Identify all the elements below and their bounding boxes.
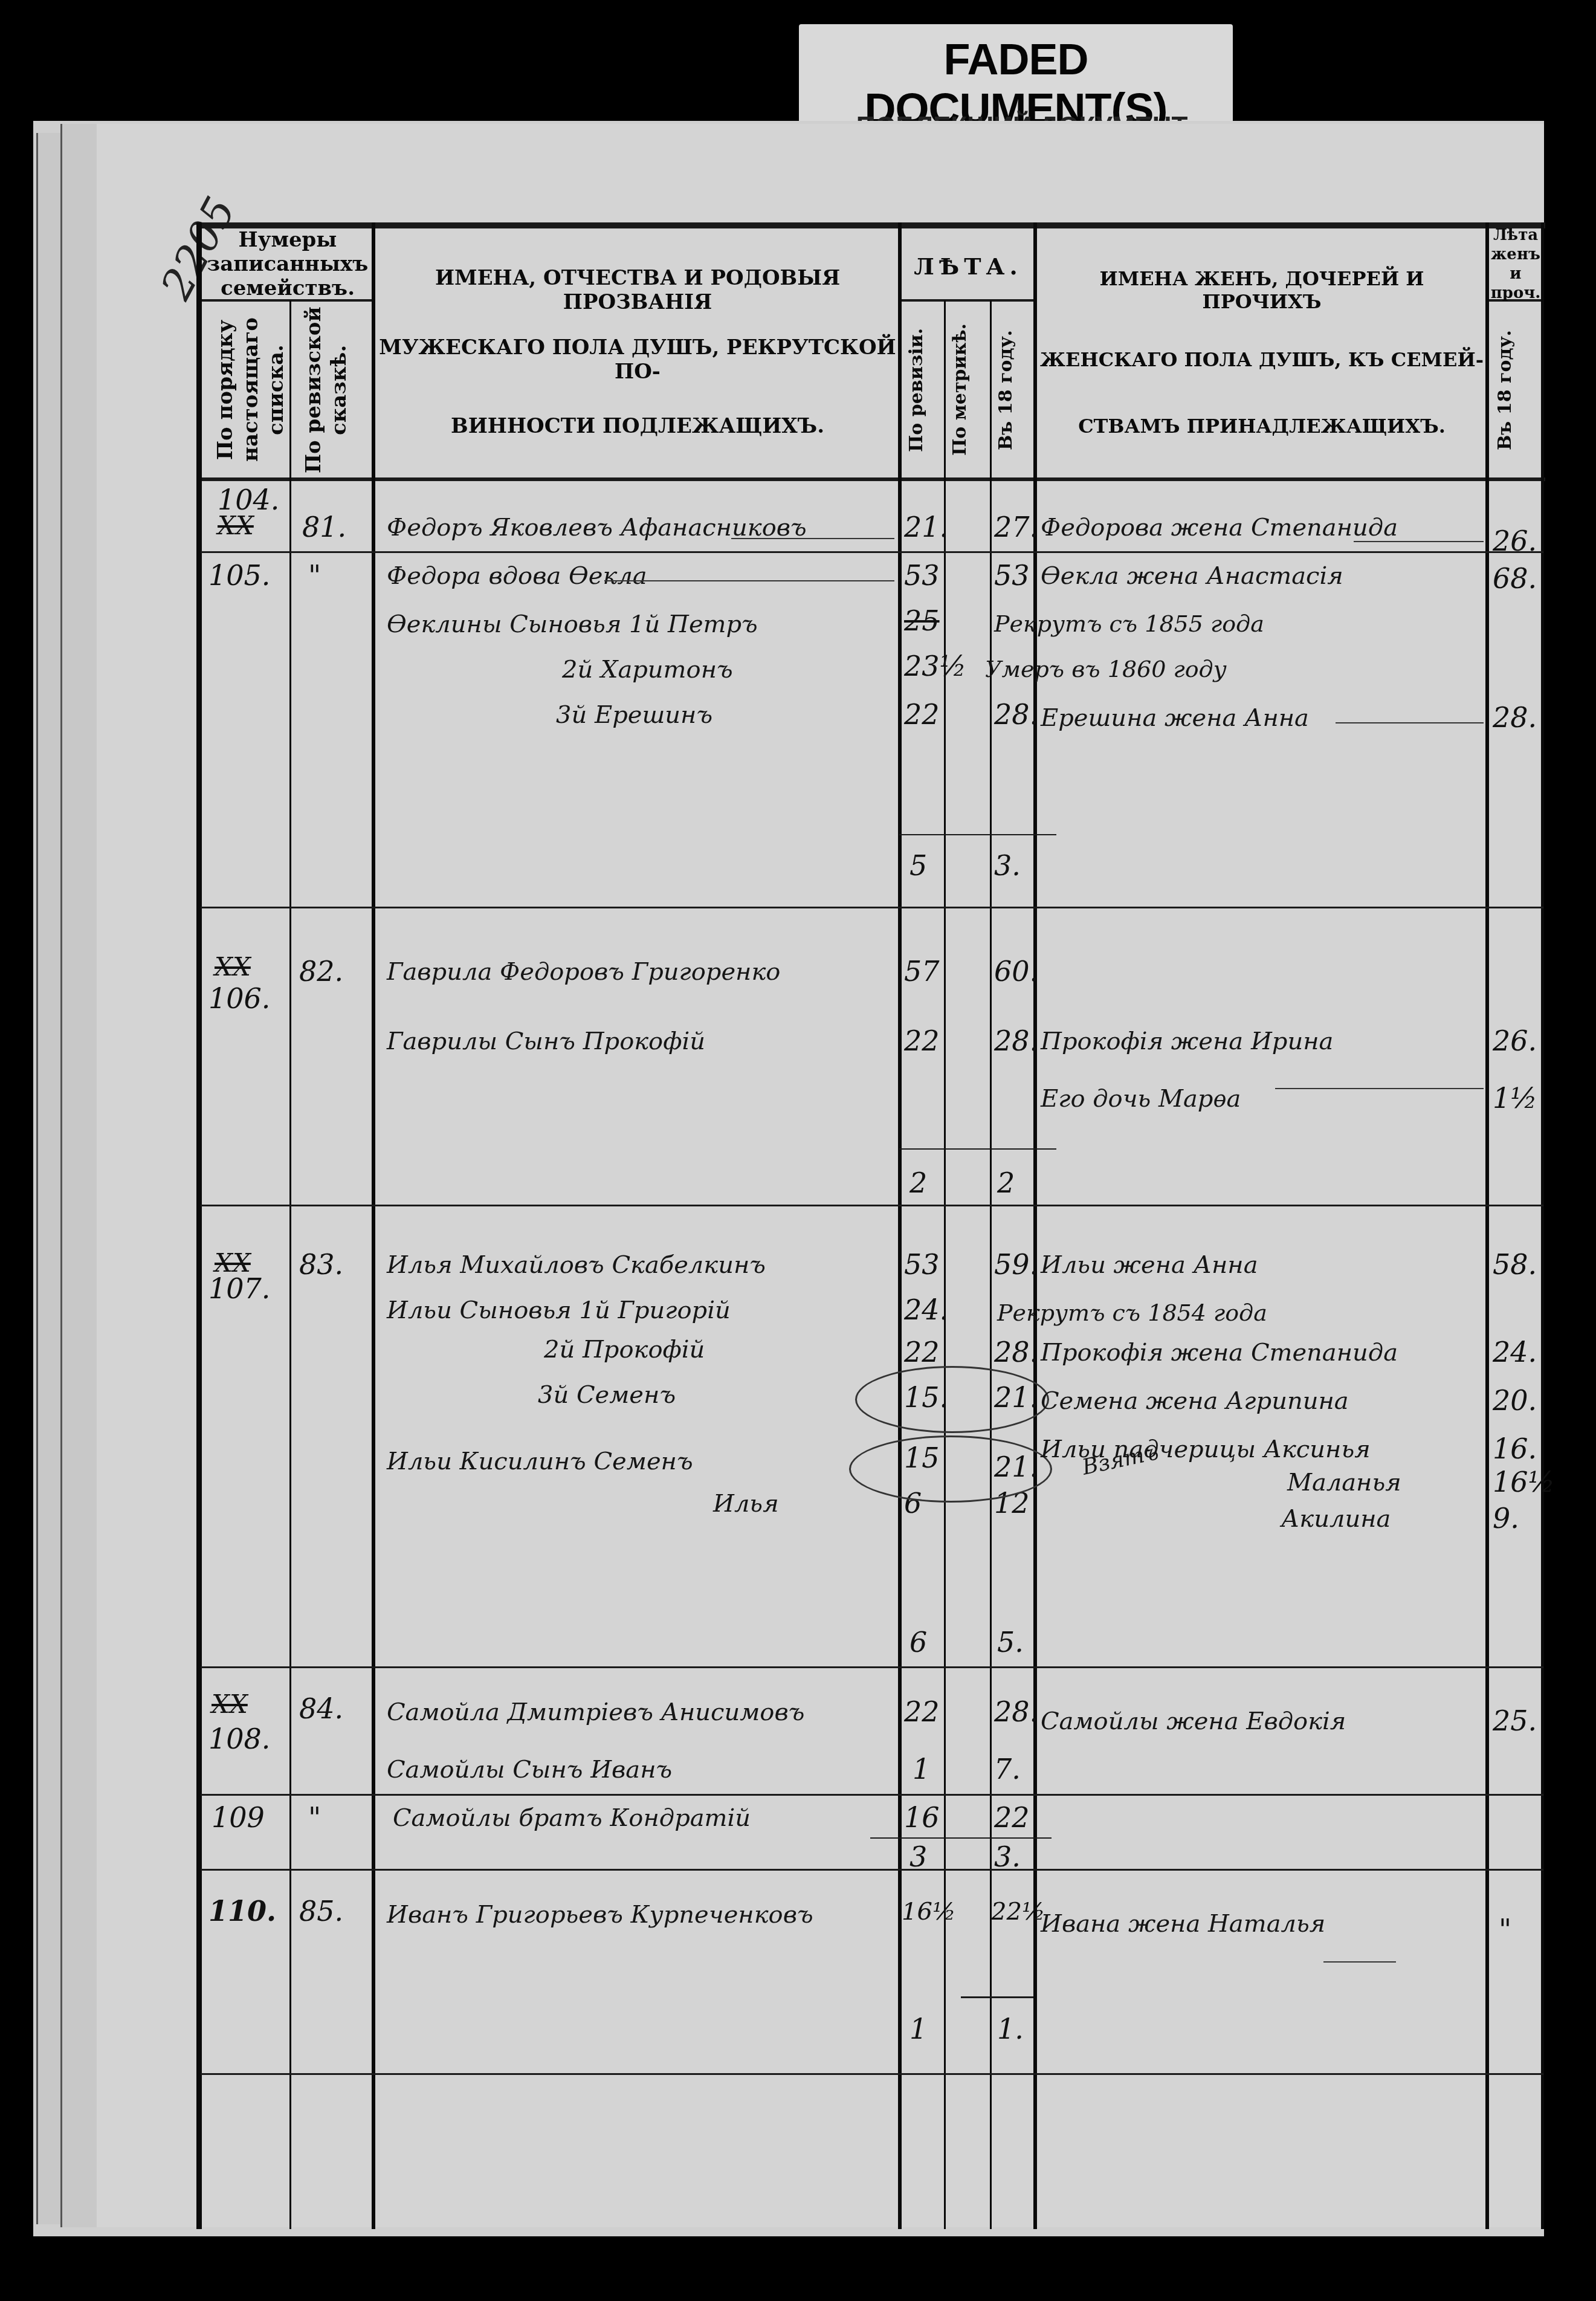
female-name: Его дочь Марѳа (1041, 1085, 1241, 1113)
col-border (1541, 222, 1544, 2229)
total-year: 3. (994, 849, 1021, 882)
male-name: Ильи Кисилинъ Семенъ (387, 1448, 693, 1475)
header-ages: ЛѢТА. (903, 242, 1033, 290)
family-no: 105. (208, 559, 270, 592)
total-revision: 6 (909, 1626, 927, 1659)
female-age: 25. (1493, 1704, 1537, 1737)
recruit-note: Рекрутъ съ 1854 года (997, 1299, 1267, 1326)
age-year: 22 (994, 1801, 1030, 1834)
col-border (1485, 222, 1489, 2229)
female-age: 1½ (1493, 1082, 1537, 1115)
male-name: Самойлы братъ Кондратій (393, 1804, 751, 1832)
correction-circle (855, 1366, 1049, 1433)
fill-dash (1275, 1088, 1484, 1089)
total-revision: 3 (909, 1840, 927, 1873)
header-female-names-line1: ИМЕНА ЖЕНЪ, ДОЧЕРЕЙ И ПРОЧИХЪ (1039, 275, 1484, 305)
age-revision: 22 (904, 1024, 940, 1057)
male-name: Гаврилы Сынъ Прокофій (387, 1028, 705, 1055)
header-female-ages-year: Въ 18 году. (1493, 305, 1539, 474)
struck-family-no: XX (215, 952, 251, 982)
header-female-names-line3: СТВАМЪ ПРИНАДЛЕЖАЩИХЪ. (1039, 411, 1484, 441)
age-revision: 16 (904, 1801, 940, 1834)
female-name: Ильи жена Анна (1041, 1251, 1258, 1279)
female-name: Ерешина жена Анна (1041, 704, 1309, 732)
age-revision: 53 (904, 559, 940, 592)
age-year: 28. (994, 698, 1038, 731)
total-year: 1. (997, 2013, 1024, 2045)
total-revision: 5 (909, 849, 927, 882)
age-revision: 22 (904, 1695, 940, 1728)
age-year: 28. (994, 1024, 1038, 1057)
female-age: 9. (1493, 1502, 1519, 1535)
total-separator (961, 1996, 1033, 1998)
revision-no: 81. (302, 511, 346, 543)
row-separator (201, 1794, 1543, 1796)
revision-no: " (308, 1801, 321, 1834)
female-name: Акилина (1281, 1505, 1391, 1533)
revision-no: 85. (299, 1895, 343, 1927)
female-name: Федорова жена Степанида (1041, 514, 1398, 542)
fill-dash (731, 538, 894, 539)
age-revision: 24. (904, 1293, 948, 1326)
col-border (990, 300, 992, 2229)
female-age: 20. (1493, 1384, 1537, 1417)
female-name: Семена жена Агрипина (1041, 1387, 1349, 1415)
total-year: 3. (994, 1840, 1021, 1873)
correction-circle (849, 1435, 1052, 1503)
age-year: 53 (994, 559, 1030, 592)
female-name: Ильи падчерицы Аксинья (1041, 1435, 1371, 1463)
age-revision: 23½ (904, 650, 966, 682)
female-age: 26. (1493, 525, 1537, 557)
male-name: Гаврила Федоровъ Григоренко (387, 958, 780, 986)
header-family-numbers: Нумеры записанныхъ семействъ. (203, 231, 372, 297)
age-year: 7. (994, 1753, 1021, 1785)
male-name: Ѳеклины Сыновья 1й Петръ (387, 610, 758, 638)
female-name: Прокофія жена Ирина (1041, 1028, 1333, 1055)
revision-no: 83. (299, 1248, 343, 1281)
fill-dash (604, 580, 894, 581)
female-name: Ивана жена Наталья (1041, 1910, 1325, 1938)
male-name: Ильи Сыновья 1й Григорій (387, 1296, 731, 1324)
col-border (944, 300, 946, 2229)
row-separator (201, 1666, 1543, 1668)
age-revision: 22 (904, 698, 940, 731)
header-female-names-line2: ЖЕНСКАГО ПОЛА ДУШЪ, КЪ СЕМЕЙ- (1039, 345, 1484, 375)
male-name: Иванъ Григорьевъ Курпеченковъ (387, 1901, 813, 1929)
recruit-note: Рекрутъ съ 1855 года (994, 610, 1264, 637)
age-year: 27. (994, 511, 1038, 543)
total-separator (870, 1837, 1052, 1839)
header-female-ages: Лѣта женъ и проч. (1490, 231, 1541, 297)
age-year: 59. (994, 1248, 1038, 1281)
family-no: 110. (208, 1895, 276, 1927)
female-age: 16½ (1493, 1466, 1555, 1498)
header-male-names-line2: МУЖЕСКАГО ПОЛА ДУШЪ, РЕКРУТСКОЙ ПО- (378, 345, 897, 375)
fill-dash (1323, 1961, 1396, 1963)
male-name: Федора вдова Ѳекла (387, 562, 647, 590)
header-split (899, 299, 1035, 302)
row-separator (201, 2073, 1543, 2075)
fill-dash (1354, 541, 1484, 542)
age-revision: 22 (904, 1336, 940, 1368)
age-year: 22½ (991, 1898, 1045, 1926)
age-year: 28. (994, 1695, 1038, 1728)
age-revision: 25 (904, 604, 940, 637)
header-family-no-revision: По ревизской сказкѣ. (301, 305, 367, 474)
male-name: 3й Ерешинъ (556, 701, 712, 729)
female-age: " (1499, 1913, 1511, 1946)
total-separator (899, 1148, 1056, 1150)
col-border (196, 222, 202, 2229)
col-border (372, 222, 375, 2229)
revision-no: 82. (299, 955, 343, 988)
female-age: 28. (1493, 701, 1537, 734)
age-revision: 21. (904, 511, 948, 543)
male-name: Самойлы Сынъ Иванъ (387, 1756, 672, 1784)
row-separator (201, 907, 1543, 908)
col-border (289, 300, 291, 2229)
family-no: 107. (208, 1272, 270, 1305)
female-name: Самойлы жена Евдокія (1041, 1707, 1346, 1735)
age-revision: 1 (913, 1753, 930, 1785)
male-name: Илья Михайловъ Скабелкинъ (387, 1251, 766, 1279)
header-ages-revision: По ревизіи. (904, 305, 943, 474)
male-name: 3й Семенъ (538, 1381, 676, 1409)
header-male-names-line3: ВИННОСТИ ПОДЛЕЖАЩИХЪ. (378, 411, 897, 441)
female-age: 26. (1493, 1024, 1537, 1057)
family-no: 109 (212, 1801, 265, 1834)
female-name: Прокофія жена Степанида (1041, 1339, 1398, 1367)
total-revision: 2 (909, 1167, 927, 1199)
female-age: 58. (1493, 1248, 1537, 1281)
struck-family-no: XX (212, 1689, 248, 1719)
death-note: Умеръ въ 1860 году (985, 656, 1227, 682)
age-revision: 53 (904, 1248, 940, 1281)
age-year: 28. (994, 1336, 1038, 1368)
row-separator (201, 1869, 1543, 1871)
female-age: 16. (1493, 1432, 1537, 1465)
total-year: 5. (997, 1626, 1024, 1659)
page-edge (60, 124, 99, 2227)
header-male-names-line1: ИМЕНА, ОТЧЕСТВА И РОДОВЫЯ ПРОЗВАНІЯ (378, 275, 897, 305)
female-age: 24. (1493, 1336, 1537, 1368)
family-no: 106. (208, 982, 270, 1015)
revision-no: " (308, 559, 321, 592)
age-revision: 16½ (902, 1898, 956, 1926)
total-revision: 1 (909, 2013, 927, 2045)
male-name: 2й Прокофій (544, 1336, 705, 1364)
row-separator (201, 1205, 1543, 1206)
male-name: Илья (713, 1490, 779, 1518)
page-edge (36, 133, 62, 2224)
female-name: Маланья (1287, 1469, 1401, 1497)
revision-no: 84. (299, 1692, 343, 1725)
total-separator (899, 834, 1056, 835)
header-family-no-list: По порядку настоящаго списка. (213, 305, 279, 474)
faded-document-label: FADED DOCUMENT(S) ПОБЛЕКШИЙ ДОКУМЕНТ (799, 24, 1233, 127)
struck-family-no: XX (218, 511, 254, 540)
male-name: Самойла Дмитріевъ Анисимовъ (387, 1698, 804, 1726)
age-revision: 57 (904, 955, 940, 988)
family-no: 108. (208, 1723, 270, 1755)
header-ages-metric: По метрикѣ. (948, 305, 989, 474)
table-top-border (196, 222, 1545, 228)
male-name: 2й Харитонъ (562, 656, 733, 684)
total-year: 2 (997, 1167, 1015, 1199)
row-separator (201, 551, 1543, 553)
age-year: 60. (994, 955, 1038, 988)
header-bottom-border (196, 477, 1545, 481)
female-name: Ѳекла жена Анастасія (1041, 562, 1343, 590)
fill-dash (1336, 722, 1484, 723)
col-border (898, 222, 902, 2229)
female-age: 68. (1493, 562, 1537, 595)
header-ages-year: Въ 18 году. (993, 305, 1032, 474)
